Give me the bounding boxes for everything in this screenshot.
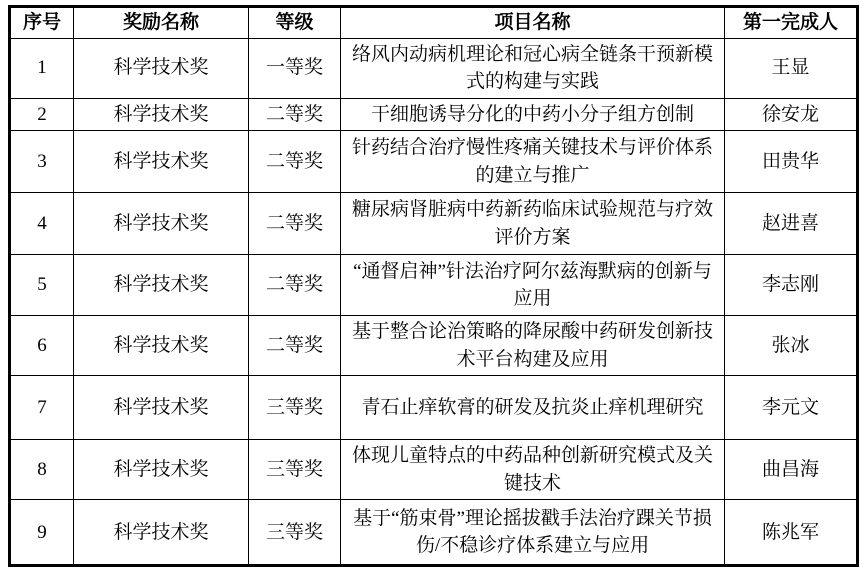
awards-table-page: 序号 奖励名称 等级 项目名称 第一完成人 1 科学技术奖 一等奖 络风内动病机…	[0, 0, 863, 573]
table-row: 6 科学技术奖 二等奖 基于整合论治策略的降尿酸中药研发创新技术平台构建及应用 …	[10, 316, 858, 376]
cell-project-name: 干细胞诱导分化的中药小分子组方创制	[341, 98, 725, 131]
cell-grade: 三等奖	[249, 500, 341, 566]
cell-award-name: 科学技术奖	[74, 376, 249, 440]
cell-award-name: 科学技术奖	[74, 193, 249, 255]
cell-project-name: 体现儿童特点的中药品种创新研究模式及关键技术	[341, 440, 725, 500]
cell-grade: 二等奖	[249, 255, 341, 316]
cell-first-completer: 曲昌海	[725, 440, 858, 500]
cell-award-name: 科学技术奖	[74, 98, 249, 131]
cell-first-completer: 张冰	[725, 316, 858, 376]
col-header-serial: 序号	[10, 7, 74, 39]
awards-table: 序号 奖励名称 等级 项目名称 第一完成人 1 科学技术奖 一等奖 络风内动病机…	[8, 5, 859, 567]
cell-award-name: 科学技术奖	[74, 38, 249, 98]
cell-grade: 二等奖	[249, 131, 341, 193]
table-row: 4 科学技术奖 二等奖 糖尿病肾脏病中药新药临床试验规范与疗效评价方案 赵进喜	[10, 193, 858, 255]
cell-serial: 1	[10, 38, 74, 98]
table-row: 7 科学技术奖 三等奖 青石止痒软膏的研发及抗炎止痒机理研究 李元文	[10, 376, 858, 440]
cell-serial: 9	[10, 500, 74, 566]
cell-first-completer: 田贵华	[725, 131, 858, 193]
cell-award-name: 科学技术奖	[74, 440, 249, 500]
cell-serial: 7	[10, 376, 74, 440]
cell-serial: 4	[10, 193, 74, 255]
table-row: 3 科学技术奖 二等奖 针药结合治疗慢性疼痛关键技术与评价体系的建立与推广 田贵…	[10, 131, 858, 193]
header-row: 序号 奖励名称 等级 项目名称 第一完成人	[10, 7, 858, 39]
col-header-award-name: 奖励名称	[74, 7, 249, 39]
cell-project-name: 基于整合论治策略的降尿酸中药研发创新技术平台构建及应用	[341, 316, 725, 376]
cell-grade: 二等奖	[249, 193, 341, 255]
col-header-project-name: 项目名称	[341, 7, 725, 39]
cell-award-name: 科学技术奖	[74, 500, 249, 566]
cell-award-name: 科学技术奖	[74, 316, 249, 376]
cell-serial: 5	[10, 255, 74, 316]
col-header-first-completer: 第一完成人	[725, 7, 858, 39]
cell-serial: 3	[10, 131, 74, 193]
table-row: 9 科学技术奖 三等奖 基于“筋束骨”理论摇拔戳手法治疗踝关节损伤/不稳诊疗体系…	[10, 500, 858, 566]
table-row: 1 科学技术奖 一等奖 络风内动病机理论和冠心病全链条干预新模式的构建与实践 王…	[10, 38, 858, 98]
cell-serial: 2	[10, 98, 74, 131]
cell-serial: 6	[10, 316, 74, 376]
cell-serial: 8	[10, 440, 74, 500]
cell-first-completer: 赵进喜	[725, 193, 858, 255]
col-header-grade: 等级	[249, 7, 341, 39]
cell-grade: 三等奖	[249, 376, 341, 440]
cell-project-name: “通督启神”针法治疗阿尔兹海默病的创新与应用	[341, 255, 725, 316]
table-row: 8 科学技术奖 三等奖 体现儿童特点的中药品种创新研究模式及关键技术 曲昌海	[10, 440, 858, 500]
cell-first-completer: 李志刚	[725, 255, 858, 316]
cell-project-name: 基于“筋束骨”理论摇拔戳手法治疗踝关节损伤/不稳诊疗体系建立与应用	[341, 500, 725, 566]
cell-grade: 二等奖	[249, 98, 341, 131]
cell-award-name: 科学技术奖	[74, 131, 249, 193]
cell-award-name: 科学技术奖	[74, 255, 249, 316]
table-row: 5 科学技术奖 二等奖 “通督启神”针法治疗阿尔兹海默病的创新与应用 李志刚	[10, 255, 858, 316]
cell-project-name: 糖尿病肾脏病中药新药临床试验规范与疗效评价方案	[341, 193, 725, 255]
cell-first-completer: 王显	[725, 38, 858, 98]
cell-first-completer: 李元文	[725, 376, 858, 440]
cell-grade: 二等奖	[249, 316, 341, 376]
cell-project-name: 络风内动病机理论和冠心病全链条干预新模式的构建与实践	[341, 38, 725, 98]
cell-first-completer: 陈兆军	[725, 500, 858, 566]
cell-first-completer: 徐安龙	[725, 98, 858, 131]
cell-project-name: 青石止痒软膏的研发及抗炎止痒机理研究	[341, 376, 725, 440]
cell-project-name: 针药结合治疗慢性疼痛关键技术与评价体系的建立与推广	[341, 131, 725, 193]
cell-grade: 三等奖	[249, 440, 341, 500]
table-row: 2 科学技术奖 二等奖 干细胞诱导分化的中药小分子组方创制 徐安龙	[10, 98, 858, 131]
cell-grade: 一等奖	[249, 38, 341, 98]
